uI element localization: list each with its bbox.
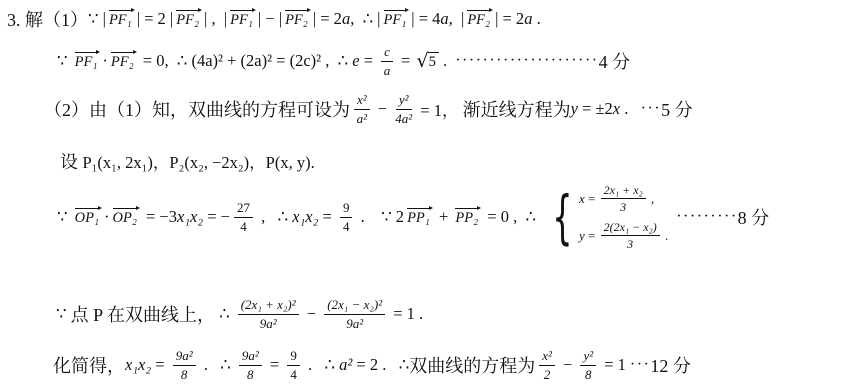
score-4: 4 分 bbox=[599, 48, 631, 74]
denominator: 3 bbox=[627, 236, 633, 251]
variable-y: y bbox=[571, 99, 578, 119]
system-row-x: x = 2x₁ + x₂ 3 , bbox=[579, 183, 668, 215]
vector-pf1: PF₁ bbox=[229, 9, 256, 29]
denominator: a bbox=[384, 62, 391, 79]
numerator: x² bbox=[539, 348, 555, 366]
fraction-9a2-over-8: 9a² 8 bbox=[173, 348, 196, 382]
denominator: a² bbox=[357, 110, 367, 127]
score-12: 12 分 bbox=[650, 352, 691, 378]
math-text: . ∵ 2 bbox=[356, 207, 404, 227]
score-5: 5 分 bbox=[661, 96, 693, 122]
a-squared: a² bbox=[339, 355, 352, 375]
math-text: . ∴ bbox=[304, 355, 339, 375]
math-text: . ∴ bbox=[200, 355, 235, 375]
vector-pp2: PP₂ bbox=[454, 207, 481, 227]
comma: , bbox=[648, 191, 655, 207]
dot-leader: ··· bbox=[641, 100, 661, 118]
fraction-y-expression: 2(2x₁ − x₂) 3 bbox=[601, 220, 660, 252]
math-text: | = 2 bbox=[495, 9, 524, 29]
denominator: 2 bbox=[544, 366, 551, 383]
vector-pf2: PF₂ bbox=[110, 51, 137, 71]
numerator: 9a² bbox=[173, 348, 196, 366]
solution-line-5: ∵ OP₁ · OP₂ = −3 x₁x₂ = − 27 4 , ∴ x₁x₂ … bbox=[57, 183, 769, 252]
solution-document: 3. 解（1） ∵ | PF₁ | = 2 | PF₂ | , | PF₁ | … bbox=[0, 0, 859, 391]
dot-leader: ········· bbox=[676, 208, 737, 226]
because-symbol: ∵ bbox=[57, 207, 72, 227]
asymptote-label: 渐近线方程为 bbox=[463, 96, 571, 122]
numerator: x² bbox=[354, 92, 370, 110]
equals-sign: = bbox=[585, 228, 599, 244]
numerator: (2x₁ + x₂)² bbox=[238, 297, 299, 315]
fraction-27-over-4: 27 4 bbox=[234, 200, 253, 234]
x1x2-product: x₁x₂ bbox=[177, 207, 203, 227]
vector-op2: OP₂ bbox=[112, 207, 140, 227]
math-text: , | bbox=[449, 9, 465, 29]
math-text: , ∴ | bbox=[350, 9, 380, 29]
math-text: . bbox=[439, 51, 451, 71]
denominator: 4 bbox=[343, 218, 350, 235]
math-text: = 2 . ∴ bbox=[352, 355, 409, 375]
solution-line-6: ∵ 点 P 在双曲线上， ∴ (2x₁ + x₂)² 9a² − (2x₁ − … bbox=[56, 297, 423, 331]
math-text: | = 2 | bbox=[137, 9, 174, 29]
math-text: . bbox=[532, 9, 540, 29]
hyperbola-equation-label: 双曲线的方程为 bbox=[409, 352, 535, 378]
because-symbol: ∵ bbox=[56, 304, 71, 324]
math-text: | , | bbox=[204, 9, 227, 29]
fraction-x2-over-a2: x² a² bbox=[354, 92, 370, 126]
fraction-x2-over-2: x² 2 bbox=[539, 348, 555, 382]
points-definition: P₁(x₁, 2x₁)，P₂(x₂, −2x₂)，P(x, y). bbox=[83, 149, 315, 173]
math-text: . bbox=[620, 99, 637, 119]
math-text: = −3 bbox=[142, 207, 177, 227]
math-text: | − | bbox=[258, 9, 282, 29]
solution-line-4: 设 P₁(x₁, 2x₁)，P₂(x₂, −2x₂)，P(x, y). bbox=[60, 148, 315, 174]
dot-product-symbol: · bbox=[104, 207, 110, 227]
fraction-y2-over-4a2: y² 4a² bbox=[395, 92, 412, 126]
denominator: 4 bbox=[290, 366, 297, 383]
simplify-label: 化简得， bbox=[53, 352, 125, 378]
left-brace: { bbox=[552, 191, 572, 243]
fraction-9a2-over-8: 9a² 8 bbox=[239, 348, 262, 382]
denominator: 9a² bbox=[346, 315, 363, 332]
math-text: = bbox=[397, 51, 415, 71]
because-symbol: ∵ bbox=[57, 51, 72, 71]
math-text: = − bbox=[203, 207, 230, 227]
dot-product-symbol: · bbox=[102, 51, 108, 71]
numerator: y² bbox=[396, 92, 412, 110]
vector-pf2: PF₂ bbox=[284, 9, 311, 29]
variable-a: a bbox=[524, 9, 532, 29]
period: . bbox=[662, 228, 669, 244]
math-text: = bbox=[318, 207, 336, 227]
numerator: y² bbox=[580, 348, 596, 366]
fraction-diff-squared: (2x₁ − x₂)² 9a² bbox=[324, 297, 385, 331]
minus-sign: − bbox=[559, 355, 577, 375]
dot-leader: ··· bbox=[630, 356, 650, 374]
math-text: ∵ | bbox=[88, 9, 106, 29]
plus-sign: + bbox=[435, 207, 453, 227]
math-text: = 1 . bbox=[389, 304, 423, 324]
equals-sign: = bbox=[585, 191, 599, 207]
equals-sign: = bbox=[151, 355, 169, 375]
denominator: 8 bbox=[585, 366, 592, 383]
vector-pf1: PF₁ bbox=[74, 51, 101, 71]
vector-pp1: PP₁ bbox=[406, 207, 433, 227]
solution-line-3: （2）由（1）知，双曲线的方程可设为 x² a² − y² 4a² = 1， 渐… bbox=[44, 92, 693, 126]
denominator: 9a² bbox=[260, 315, 277, 332]
let-label: 设 bbox=[60, 148, 83, 174]
numerator: (2x₁ − x₂)² bbox=[324, 297, 385, 315]
vector-pf1: PF₁ bbox=[383, 9, 410, 29]
dot-leader: ····················· bbox=[455, 52, 598, 70]
math-text: = 1 bbox=[600, 355, 626, 375]
fraction-9-over-4: 9 4 bbox=[340, 200, 353, 234]
x1x2-product: x₁x₂ bbox=[292, 207, 318, 227]
minus-sign: − bbox=[303, 304, 321, 324]
fraction-9-over-4: 9 4 bbox=[287, 348, 300, 382]
solution-line-1: 3. 解（1） ∵ | PF₁ | = 2 | PF₂ | , | PF₁ | … bbox=[7, 6, 541, 32]
fraction-y2-over-8: y² 8 bbox=[580, 348, 596, 382]
denominator: 4a² bbox=[395, 110, 412, 127]
fraction-c-over-a: c a bbox=[381, 44, 393, 78]
minus-sign: − bbox=[374, 99, 392, 119]
system-rows: x = 2x₁ + x₂ 3 , y = 2(2x₁ − x₂) 3 bbox=[579, 183, 668, 252]
variable-x: x bbox=[613, 99, 620, 119]
variable-a: a bbox=[440, 9, 448, 29]
eccentricity-e: e bbox=[352, 51, 359, 71]
math-text: = 1， bbox=[416, 97, 462, 121]
solution-line-7: 化简得， x₁x₂ = 9a² 8 . ∴ 9a² 8 = 9 4 . ∴ a²… bbox=[53, 348, 691, 382]
math-text: = 0, ∴ (4a)² + (2a)² = (2c)² , ∴ bbox=[139, 51, 353, 71]
solution-line-2: ∵ PF₁ · PF₂ = 0, ∴ (4a)² + (2a)² = (2c)²… bbox=[57, 44, 630, 78]
numerator: 9 bbox=[287, 348, 300, 366]
denominator: 4 bbox=[240, 218, 247, 235]
math-text: = bbox=[360, 51, 378, 71]
denominator: 3 bbox=[620, 199, 626, 214]
equals-sign: = bbox=[266, 355, 284, 375]
fraction-x-expression: 2x₁ + x₂ 3 bbox=[601, 183, 646, 215]
numerator: 2x₁ + x₂ bbox=[601, 183, 646, 199]
numerator: 2(2x₁ − x₂) bbox=[601, 220, 660, 236]
math-text: = 0 , ∴ bbox=[483, 207, 540, 227]
math-text: | = 4 bbox=[411, 9, 440, 29]
vector-pf2: PF₂ bbox=[466, 9, 493, 29]
math-text: , ∴ bbox=[257, 207, 292, 227]
math-text: = ±2 bbox=[578, 99, 613, 119]
score-8: 8 分 bbox=[738, 204, 770, 230]
variable-a: a bbox=[342, 9, 350, 29]
numerator: 9a² bbox=[239, 348, 262, 366]
point-p-on-hyperbola-text: 点 P 在双曲线上， bbox=[71, 301, 215, 327]
denominator: 8 bbox=[247, 366, 254, 383]
x1x2-product: x₁x₂ bbox=[125, 355, 151, 375]
vector-op1: OP₁ bbox=[74, 207, 102, 227]
numerator: 27 bbox=[234, 200, 253, 218]
vector-pf1: PF₁ bbox=[108, 9, 135, 29]
problem-number-and-solve-label: 3. 解（1） bbox=[7, 6, 88, 32]
square-root: √ 5 bbox=[416, 52, 438, 71]
radicand: 5 bbox=[428, 52, 439, 71]
fraction-sum-squared: (2x₁ + x₂)² 9a² bbox=[238, 297, 299, 331]
part2-intro-text: （2）由（1）知，双曲线的方程可设为 bbox=[44, 96, 350, 122]
system-row-y: y = 2(2x₁ − x₂) 3 . bbox=[579, 220, 668, 252]
math-text: | = 2 bbox=[313, 9, 342, 29]
equation-system: { x = 2x₁ + x₂ 3 , y = 2(2x₁ − x₂) bbox=[544, 183, 668, 252]
therefore-symbol: ∴ bbox=[215, 304, 234, 324]
numerator: c bbox=[381, 44, 393, 62]
numerator: 9 bbox=[340, 200, 353, 218]
vector-pf2: PF₂ bbox=[175, 9, 202, 29]
denominator: 8 bbox=[181, 366, 188, 383]
